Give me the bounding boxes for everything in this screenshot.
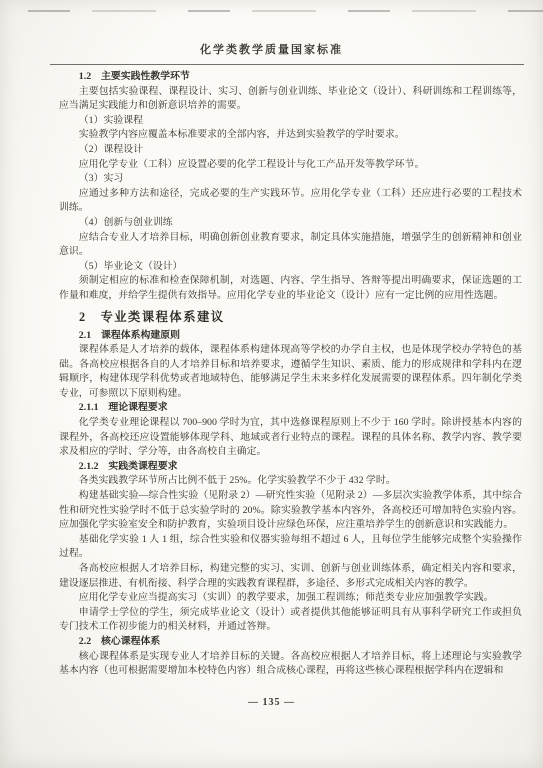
paragraph: 应通过多种方法和途径，完成必要的生产实践环节。应用化学专业（工科）还应进行必要的… [59, 187, 522, 216]
paragraph: 构建基础实验—综合性实验（见附录 2）—研究性实验（见附录 2）—多层次实验教学… [59, 489, 522, 533]
paragraph: 课程体系是人才培养的载体，课程体系构建体现高等学校的办学自主权，也是体现学校办学… [59, 343, 522, 401]
list-item-4-label: （4）创新与创业训练 [59, 216, 522, 231]
paragraph: 主要包括实验课程、课程设计、实习、创新与创业训练、毕业论文（设计）、科研训练和工… [59, 85, 522, 114]
paragraph: 须制定相应的标准和检查保障机制，对选题、内容、学生指导、答辩等提出明确要求，保证… [59, 274, 522, 303]
paragraph: 各高校应根据人才培养目标，构建完整的实习、实训、创新与创业训练体系，确定相关内容… [59, 562, 522, 591]
paragraph: 应用化学专业（工科）应设置必要的化学工程设计与化工产品开发等教学环节。 [59, 158, 522, 173]
section-heading-2-1: 2.1 课程体系构建原则 [59, 329, 522, 344]
section-heading-1-2: 1.2 主要实践性教学环节 [59, 70, 522, 85]
document-body: 1.2 主要实践性教学环节 主要包括实验课程、课程设计、实习、创新与创业训练、毕… [59, 70, 522, 679]
section-heading-2-1-2: 2.1.2 实践类课程要求 [59, 460, 522, 475]
list-item-5-label: （5）毕业论文（设计） [59, 260, 522, 275]
paragraph: 实验教学内容应覆盖本标准要求的全部内容，并达到实验教学的学时要求。 [59, 128, 522, 143]
chapter-heading-2: 2 专业类课程体系建议 [59, 309, 522, 325]
scan-edge-artifact [28, 10, 543, 12]
running-header-title: 化学类教学质量国家标准 [0, 41, 543, 57]
paragraph: 各类实践教学环节所占比例不低于 25%。化学实验教学不少于 432 学时。 [59, 474, 522, 489]
scanned-document-page: 化学类教学质量国家标准 1.2 主要实践性教学环节 主要包括实验课程、课程设计、… [0, 0, 543, 768]
list-item-3-label: （3）实习 [59, 172, 522, 187]
paragraph: 核心课程体系是实现专业人才培养目标的关键。各高校应根据人才培养目标，将上述理论与… [59, 650, 522, 679]
list-item-2-label: （2）课程设计 [59, 143, 522, 158]
paragraph: 申请学士学位的学生，须完成毕业论文（设计）或者提供其他能够证明具有从事科学研究工… [59, 606, 522, 635]
paragraph: 基础化学实验 1 人 1 组，综合性实验和仪器实验每组不超过 6 人，且每位学生… [59, 533, 522, 562]
paragraph: 化学类专业理论课程以 700–900 学时为宜，其中选修课程原则上不少于 160… [59, 416, 522, 460]
section-heading-2-2: 2.2 核心课程体系 [59, 635, 522, 650]
paragraph: 应结合专业人才培养目标，明确创新创业教育要求，制定具体实施措施，增强学生的创新精… [59, 231, 522, 260]
list-item-1-label: （1）实验课程 [59, 114, 522, 129]
page-number: — 135 — [0, 697, 543, 708]
section-heading-2-1-1: 2.1.1 理论课程要求 [59, 401, 522, 416]
header-rule [50, 64, 524, 65]
paragraph: 应用化学专业应当提高实习（实训）的教学要求，加强工程训练；师范类专业应加强教学实… [59, 591, 522, 606]
